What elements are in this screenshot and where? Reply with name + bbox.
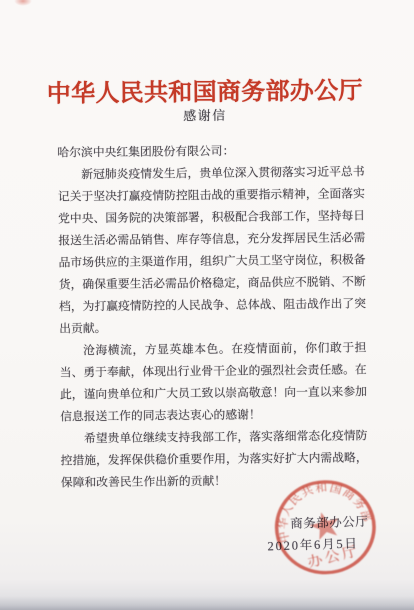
photo-bottom-edge [0, 596, 414, 610]
seal-star-icon [307, 509, 343, 541]
salutation: 哈尔滨中央红集团股份有限公司： [57, 138, 364, 163]
seal-bottom-text: 办公厅 [306, 543, 362, 571]
letter-content: 中华人民共和国商务部办公厅 感谢信 哈尔滨中央红集团股份有限公司： 新冠肺炎疫情… [0, 0, 414, 610]
letter-type-heading: 感谢信 [0, 103, 412, 126]
letter-page: 中华人民共和国商务部办公厅 感谢信 哈尔滨中央红集团股份有限公司： 新冠肺炎疫情… [0, 0, 414, 610]
letter-body: 哈尔滨中央红集团股份有限公司： 新冠肺炎疫情发生后，贵单位深入贯彻落实习近平总书… [57, 138, 368, 493]
paragraph: 新冠肺炎疫情发生后，贵单位深入贯彻落实习近平总书记关于坚决打赢疫情防控阻击战的重… [58, 160, 367, 339]
official-seal: 中华人民共和国商务部 办公厅 [273, 478, 378, 576]
paragraph: 沧海横流，方显英雄本色。在疫情面前，你们敢于担当、勇于奉献，体现出行业骨干企业的… [59, 336, 367, 427]
